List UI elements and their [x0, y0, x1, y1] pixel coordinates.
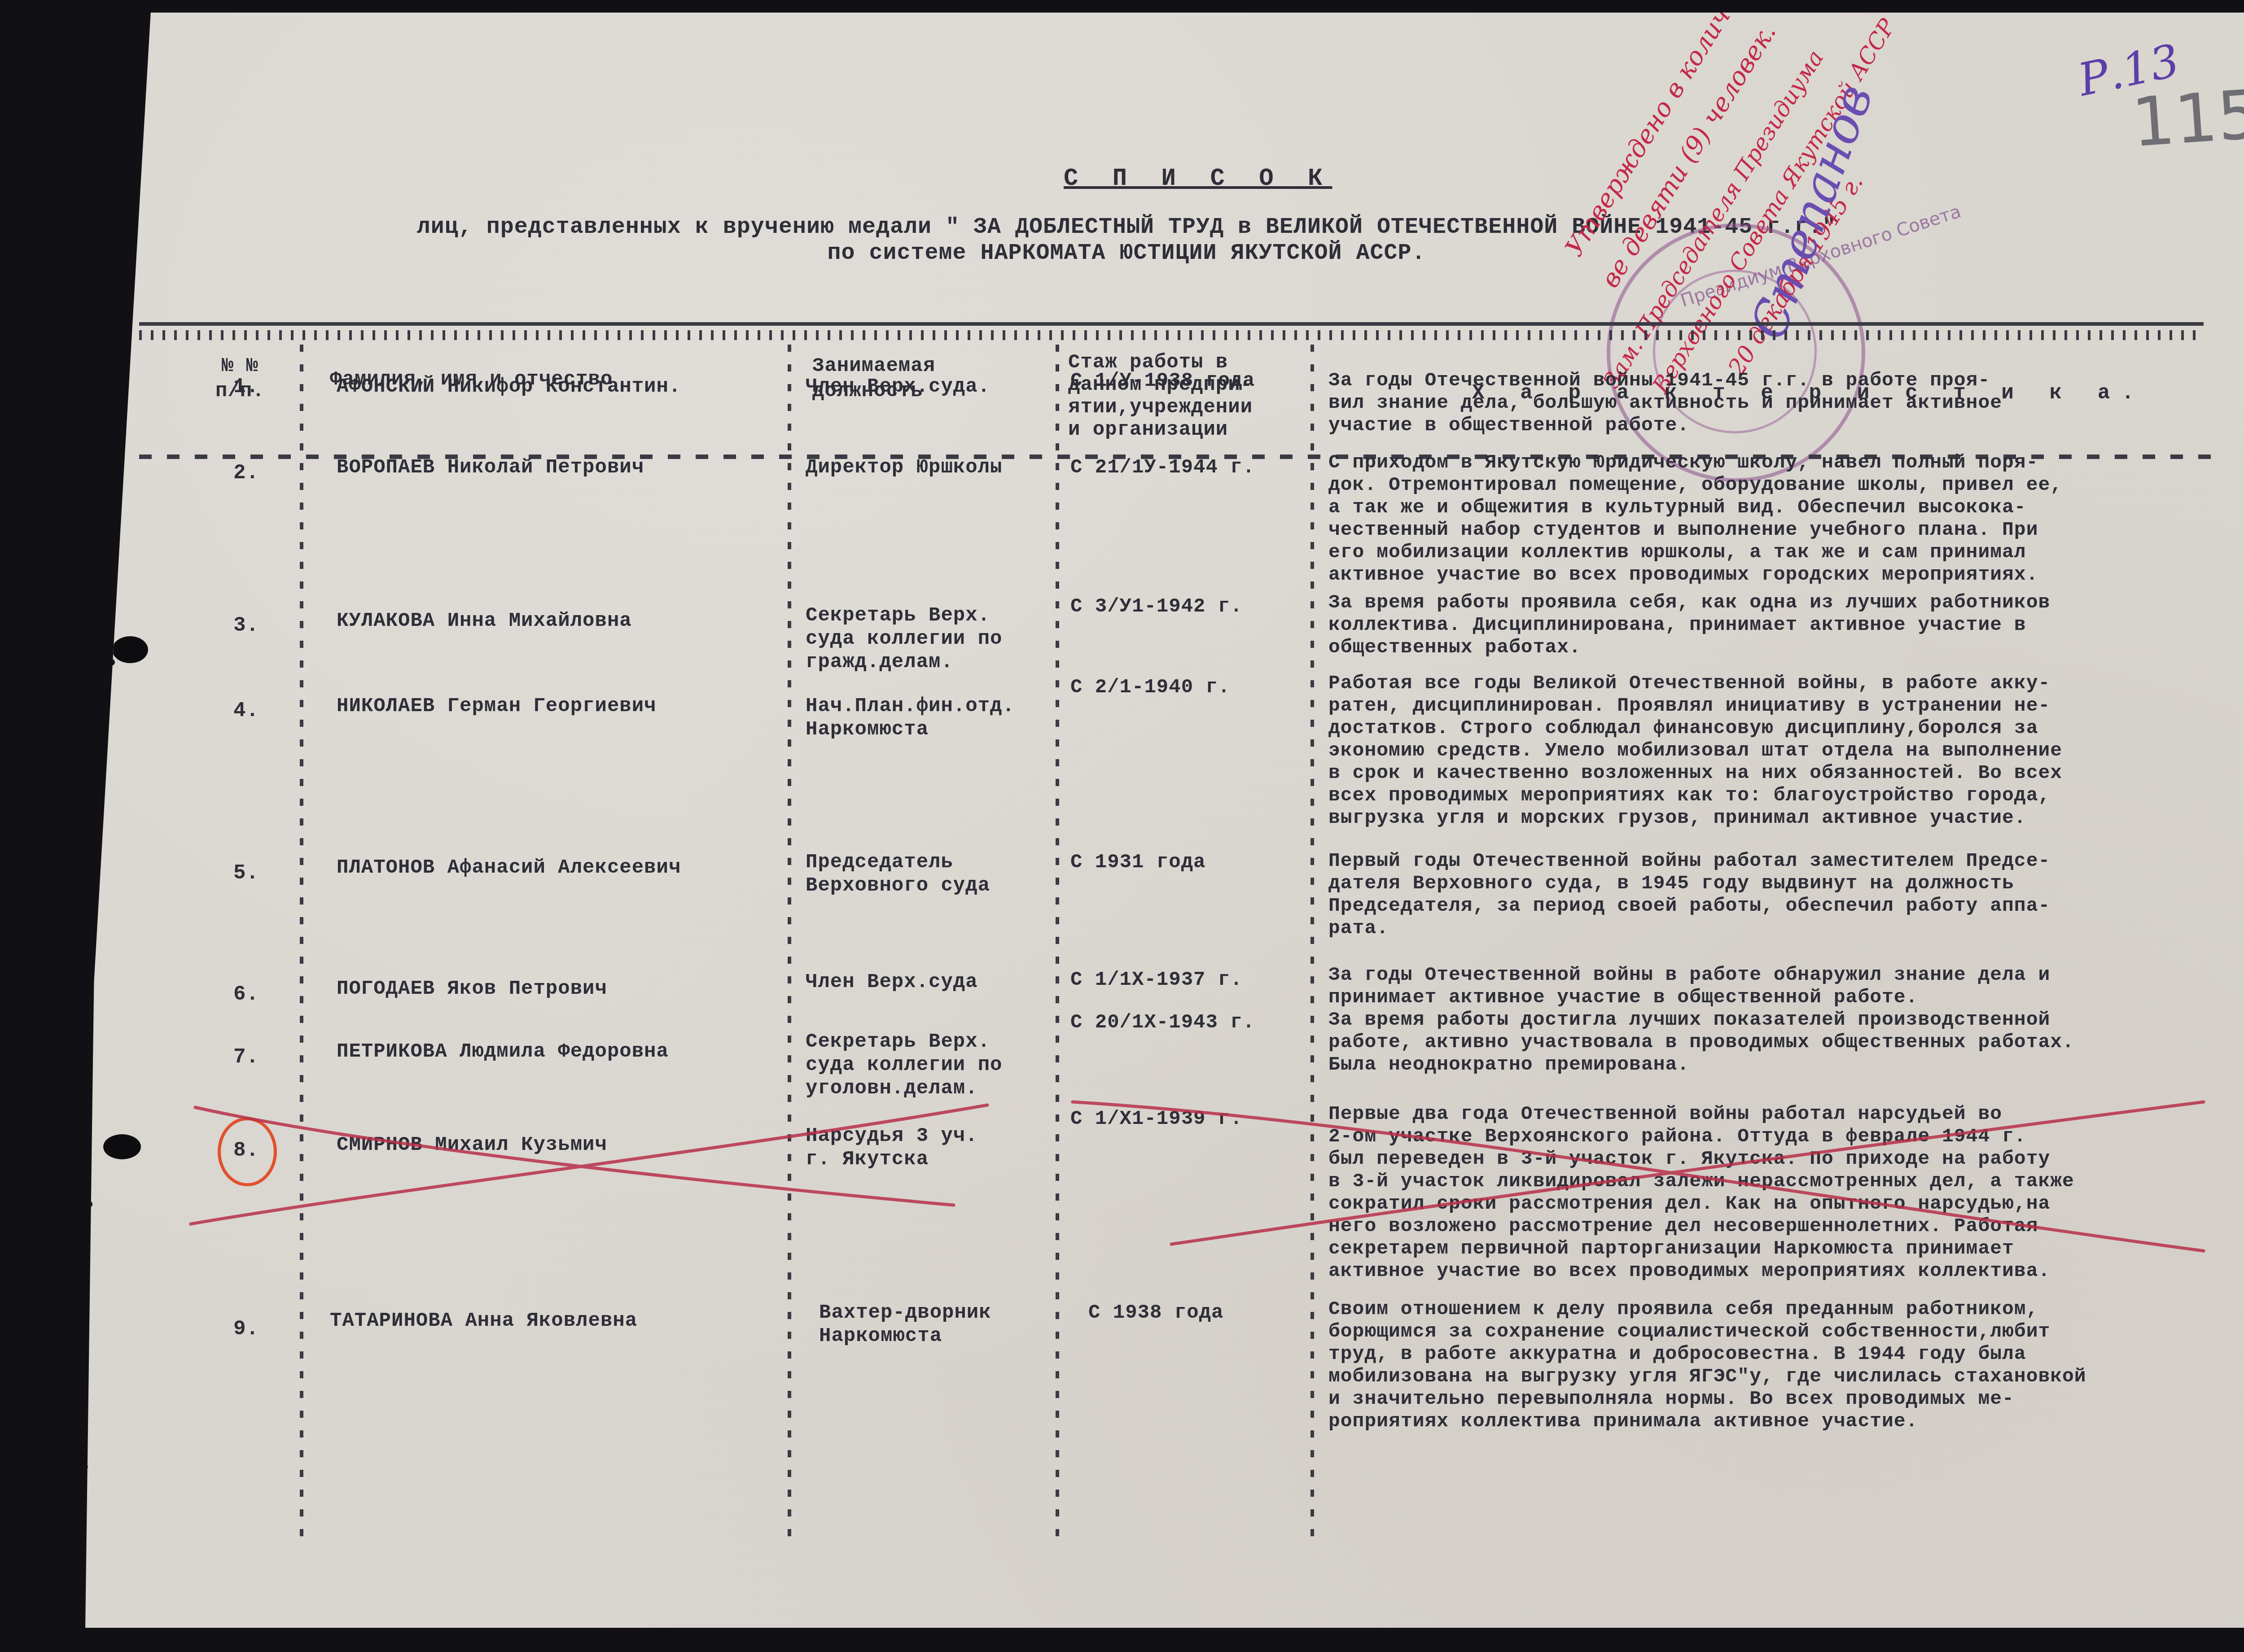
row-8-name: СМИРНОВ Михаил Кузьмич [337, 1133, 607, 1157]
column-separator [1310, 345, 1314, 1538]
row-9-tenure: С 1938 года [1088, 1301, 1223, 1324]
row-3-position: Секретарь Верх. суда коллегии по гражд.д… [806, 604, 1002, 674]
row-5-characteristic: Первый годы Отечественной войны работал … [1328, 850, 2050, 940]
row-3-tenure: С 3/У1-1942 г. [1070, 595, 1243, 618]
row-7-tenure: С 20/1Х-1943 г. [1070, 1011, 1255, 1034]
row-4-characteristic: Работая все годы Великой Отечественной в… [1328, 672, 2062, 829]
row-9-name: ТАТАРИНОВА Анна Яковлевна [330, 1309, 637, 1333]
row-6-position: Член Верх.суда [806, 970, 978, 994]
column-separator [300, 345, 303, 1538]
row-5-num: 5. [233, 861, 259, 885]
row-6-num: 6. [233, 983, 259, 1006]
row-8-position: Нарсудья 3 уч. г. Якутска [806, 1124, 978, 1171]
row-1-name: АФОНСКИЙ Никифор Константин. [337, 375, 681, 398]
row-2-characteristic: С приходом в Якутскую Юридическую школу,… [1328, 451, 2062, 586]
row-1-characteristic: За годы Отечественной войны 1941-45 г.г.… [1328, 369, 2002, 437]
row-7-characteristic: За время работы достигла лучших показате… [1328, 1009, 2074, 1076]
row-1-tenure: С 1/У-1938 года [1070, 369, 1255, 393]
row-6-characteristic: За годы Отечественной войны в работе обн… [1328, 964, 2050, 1009]
row-5-name: ПЛАТОНОВ Афанасий Алексеевич [337, 856, 681, 879]
row-4-position: Нач.План.фин.отд. Наркомюста [806, 695, 1015, 741]
row-6-name: ПОГОДАЕВ Яков Петрович [337, 977, 607, 1001]
row-1-num: 1. [233, 375, 259, 398]
binder-hole [76, 1199, 92, 1209]
row-4-num: 4. [233, 699, 259, 722]
binder-hole [103, 1134, 141, 1159]
row-3-characteristic: За время работы проявила себя, как одна … [1328, 591, 2050, 659]
row-9-characteristic: Своим отношением к делу проявила себя пр… [1328, 1298, 2086, 1433]
row-1-position: Член Верх.суда. [806, 375, 990, 398]
row-5-tenure: С 1931 года [1070, 851, 1205, 874]
row-2-num: 2. [233, 461, 259, 485]
page-number: 115 [2129, 75, 2244, 162]
row-3-num: 3. [233, 614, 259, 637]
row-2-name: ВОРОПАЕВ Николай Петрович [337, 456, 644, 479]
header-tenure: Стаж работы в данном предпри- ятии,учреж… [1068, 351, 1253, 441]
binder-hole [99, 657, 115, 667]
column-separator [788, 345, 791, 1538]
row-2-position: Директор Юршколы [806, 456, 1002, 479]
binder-hole [112, 636, 148, 663]
row-3-name: КУЛАКОВА Инна Михайловна [337, 609, 632, 633]
table-top-rule [139, 322, 2204, 326]
table-top-ticks [139, 330, 2204, 340]
row-4-name: НИКОЛАЕВ Герман Георгиевич [337, 695, 657, 718]
row-2-tenure: С 21/1У-1944 г. [1070, 456, 1255, 479]
row-9-position: Вахтер-дворник Наркомюста [819, 1301, 991, 1348]
row-7-num: 7. [233, 1045, 259, 1069]
row-8-tenure: С 1/Х1-1939 г. [1070, 1107, 1243, 1131]
document-title: С П И С О К [1064, 165, 1332, 192]
row-6-tenure: С 1/1Х-1937 г. [1070, 968, 1243, 992]
document-sheet: Р.13 115 С П И С О К лиц, представленных… [85, 13, 2244, 1628]
row-7-name: ПЕТРИКОВА Людмила Федоровна [337, 1040, 669, 1063]
binder-hole [72, 1462, 88, 1472]
row-9-num: 9. [233, 1317, 259, 1341]
row-8-num: 8. [233, 1139, 259, 1162]
row-4-tenure: С 2/1-1940 г. [1070, 676, 1230, 699]
column-separator [1056, 345, 1059, 1538]
row-5-position: Председатель Верховного суда [806, 851, 990, 897]
row-7-position: Секретарь Верх. суда коллегии по уголовн… [806, 1030, 1002, 1100]
row-8-characteristic: Первые два года Отечественной войны рабо… [1328, 1103, 2074, 1282]
